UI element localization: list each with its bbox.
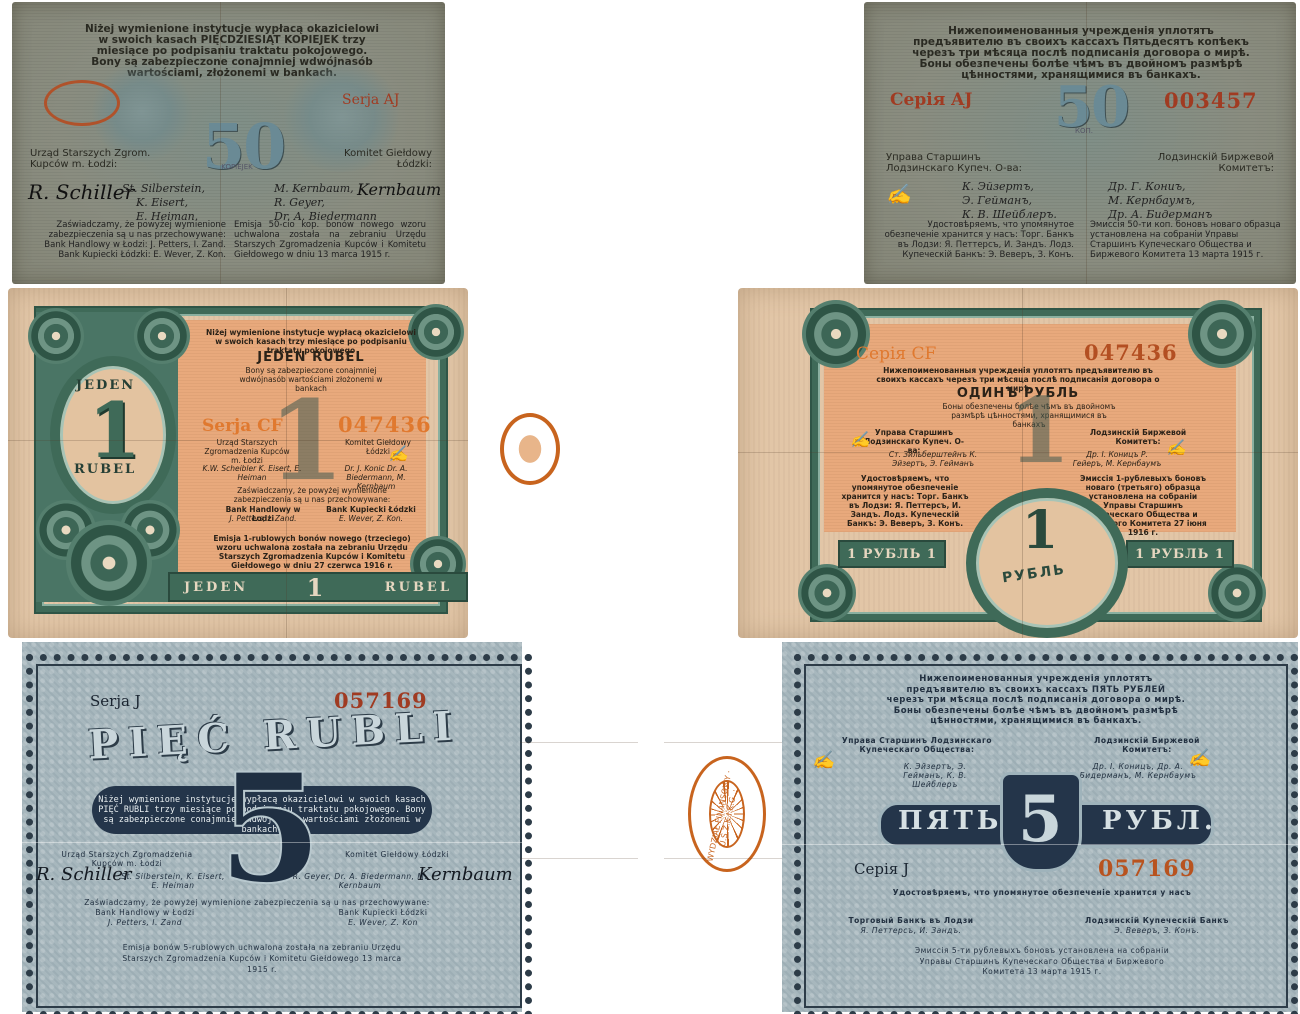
signature-right: Kernbaum xyxy=(357,180,441,199)
name-line: K. Eisert, xyxy=(122,196,205,210)
bank-left-names: Я. Петтерсъ, И. Зандъ. xyxy=(826,926,996,935)
series-label: Серія AJ xyxy=(890,90,972,110)
right-authority: Komitet Giełdowy Łódzki: xyxy=(322,148,432,170)
guarantee-text: Удостовѣряемъ, что упомянутое обезпечені… xyxy=(878,220,1074,260)
guarantee-text: Удостовѣряемъ, что упомянутое обезпечені… xyxy=(892,888,1192,897)
signature-right: Kernbaum xyxy=(418,864,513,885)
fold-line xyxy=(22,842,522,843)
denomination-numeral: 5 xyxy=(1018,788,1063,852)
label-right: РУБЛ. xyxy=(1102,806,1217,836)
banknote-1-rubl-back: Серія CF 047436 Нижепоименованныя учрежд… xyxy=(738,288,1298,638)
fold-line xyxy=(520,858,638,859)
band-left-word: JEDEN xyxy=(184,580,248,595)
series-label: Серія CF xyxy=(856,344,936,364)
name-line: Э. Гейманъ, xyxy=(962,194,1057,208)
fold-line xyxy=(738,452,1298,453)
right-names: Др. І. Коницъ, Др. А. Бидерманъ, М. Керн… xyxy=(1068,762,1208,780)
left-names: St. Silberstein, K. Eisert, E. Heiman xyxy=(118,872,228,890)
right-authority: Komitet Giełdowy Łódzki xyxy=(342,850,452,859)
stamp-icon xyxy=(500,413,560,485)
signature-left: ✍ xyxy=(850,430,870,449)
fold-line xyxy=(286,288,287,638)
name-line: М. Кернбаумъ, xyxy=(1108,194,1212,208)
rosette-ornament xyxy=(1208,564,1266,622)
fold-line xyxy=(1022,288,1023,638)
rosette-ornament xyxy=(134,308,190,364)
band-right: 1 РУБЛЬ 1 xyxy=(1126,540,1234,568)
left-authority: Urząd Starszych Zgromadzenia Kupców m. Ł… xyxy=(202,438,292,465)
bottom-band: JEDEN 1 RUBEL xyxy=(168,572,468,602)
right-authority: Лодзинскій Биржевой Комитетъ: xyxy=(1154,152,1274,174)
note-body: Serja J 057169 PIĘĆ RUBLI Niżej wymienio… xyxy=(22,642,522,1012)
banknote-5-rubli-front: Serja J 057169 PIĘĆ RUBLI Niżej wymienio… xyxy=(0,640,640,1014)
note-text-block: Нижепоименованныя учрежденія уплотятъ пр… xyxy=(906,26,1256,81)
emission-text: Эмиссія 5-ти рублевыхъ боновъ установлен… xyxy=(902,946,1182,978)
note-text-block: Нижепоименованныя учрежденія уплотятъ пр… xyxy=(886,674,1186,727)
name-line: St. Silberstein, xyxy=(122,182,205,196)
emission-text: Emisja bonów 5-rublowych uchwalona zosta… xyxy=(122,942,402,975)
fold-line xyxy=(8,440,468,441)
bank-right-names: E. Wever, Z. Kon. xyxy=(326,514,416,523)
series-label: Serja AJ xyxy=(342,92,399,108)
serial-number: 047436 xyxy=(338,412,432,437)
left-names: К. Эйзертъ, Э. Гейманъ, К. В. Шейблеръ xyxy=(890,762,980,789)
rosette-ornament xyxy=(66,520,152,606)
fold-line xyxy=(664,858,782,859)
signature-right: ✍ xyxy=(388,444,408,463)
guarantee-text: Zaświadczamy, że powyżej wymienione zabe… xyxy=(34,220,226,260)
emission-text: Emisja 1-rublowych bonów nowego (trzecie… xyxy=(212,534,412,570)
bank-right-label: Bank Kupiecki Łódzki xyxy=(318,908,448,917)
fold-line xyxy=(664,742,782,743)
guarantee-text: Zaświadczamy, że powyżej wymienione zabe… xyxy=(212,486,412,504)
label-left: ПЯТЬ xyxy=(898,806,1002,836)
band-numeral: 1 xyxy=(307,573,327,602)
serial-number: 003457 xyxy=(1164,88,1258,113)
oval-bottom-word: RUBEL xyxy=(74,462,136,477)
banknote-50-kopeek-back: Нижепоименованныя учрежденія уплотятъ пр… xyxy=(864,2,1296,284)
left-names: K.W. Scheibler K. Eisert, E. Heiman xyxy=(202,464,302,482)
signature-right: ✍ xyxy=(1188,748,1210,769)
rosette-ornament xyxy=(28,308,84,364)
signature-left: ✍ xyxy=(812,750,834,771)
fold-line xyxy=(520,742,638,743)
emission-text: Emisja 50-cio kop. bonów nowego wzoru uc… xyxy=(234,220,426,260)
note-headline: JEDEN RUBEL xyxy=(204,350,418,365)
serial-number: 057169 xyxy=(1098,856,1196,882)
bank-left-names: J. Petters, I. Zand xyxy=(80,918,210,927)
band-left: 1 РУБЛЬ 1 xyxy=(838,540,946,568)
name-line: Др. Г. Кониъ, xyxy=(1108,180,1212,194)
bank-right-names: E. Wever, Z. Kon xyxy=(318,918,448,927)
name-line: К. Эйзертъ, xyxy=(962,180,1057,194)
bank-right-label: Лодзинскій Купеческій Банкъ xyxy=(1072,916,1242,925)
left-authority: Urząd Starszych Zgrom. Kupców m. Łodzi: xyxy=(30,148,170,170)
watermark-numeral: 1 xyxy=(1008,378,1071,484)
bank-right-label: Bank Kupiecki Łódzki xyxy=(326,505,416,514)
band-right-word: RUBEL xyxy=(385,580,452,595)
signature-left: R. Schiller xyxy=(28,180,134,204)
left-authority: Управа Старшинъ Лодзинскаго Купеч. О-ва: xyxy=(886,152,1046,174)
rosette-ornament xyxy=(798,564,856,622)
fold-line xyxy=(220,2,221,284)
signature-left: ✍ xyxy=(886,182,911,206)
bank-left-label: Торговый Банкъ въ Лодзи xyxy=(826,916,996,925)
serial-number: 047436 xyxy=(1084,340,1178,365)
bank-right-names: Э. Веверъ, З. Конъ. xyxy=(1072,926,1242,935)
series-label: Серія J xyxy=(854,860,909,878)
emission-text: Эмиссія 50-ти коп. боновъ новаго образца… xyxy=(1090,220,1282,260)
fold-line xyxy=(782,844,1298,845)
bank-left-label: Bank Handlowy w Łodzi xyxy=(80,908,210,917)
oval-numeral: 1 xyxy=(1022,500,1058,561)
note-body: Нижепоименованныя учрежденія уплотятъ пр… xyxy=(782,642,1298,1012)
denomination-word: КОП. xyxy=(1064,126,1104,137)
left-names: К. Эйзертъ, Э. Гейманъ, К. В. Шейблеръ. xyxy=(962,180,1057,222)
series-label: Serja J xyxy=(90,692,141,710)
banknote-50-kopiejek-front: Niżej wymienione instytucje wypłacą okaz… xyxy=(12,2,445,284)
fold-line xyxy=(1086,2,1087,284)
left-names: St. Silberstein, K. Eisert, E. Heiman. xyxy=(122,182,205,224)
signature-right: ✍ xyxy=(1166,438,1186,457)
stamp-icon xyxy=(44,80,120,126)
banknote-5-rubley-back: WYDZIAŁ FINANSOWY · U.S.Z.K.I.K.G. · Ниж… xyxy=(664,640,1300,1014)
bank-left-names: J. Petters, I. Zand. xyxy=(218,514,308,523)
rosette-ornament xyxy=(1188,300,1256,368)
guarantee-text: Удостовѣряемъ, что упомянутое обезпечені… xyxy=(840,474,970,528)
banknote-1-rubel-front: JEDEN 1 RUBEL Niżej wymienione instytucj… xyxy=(8,288,468,638)
right-names: Др. Г. Кониъ, М. Кернбаумъ, Др. А. Бидер… xyxy=(1108,180,1212,222)
guarantee-text: Zaświadczamy, że powyżej wymienione zabe… xyxy=(52,898,462,907)
left-authority: Управа Старшинъ Лодзинскаго Купеческаго … xyxy=(832,736,1002,754)
right-names: R. Geyer, Dr. A. Biedermann, M. Kernbaum xyxy=(290,872,430,890)
series-label: Serja CF xyxy=(202,416,283,436)
